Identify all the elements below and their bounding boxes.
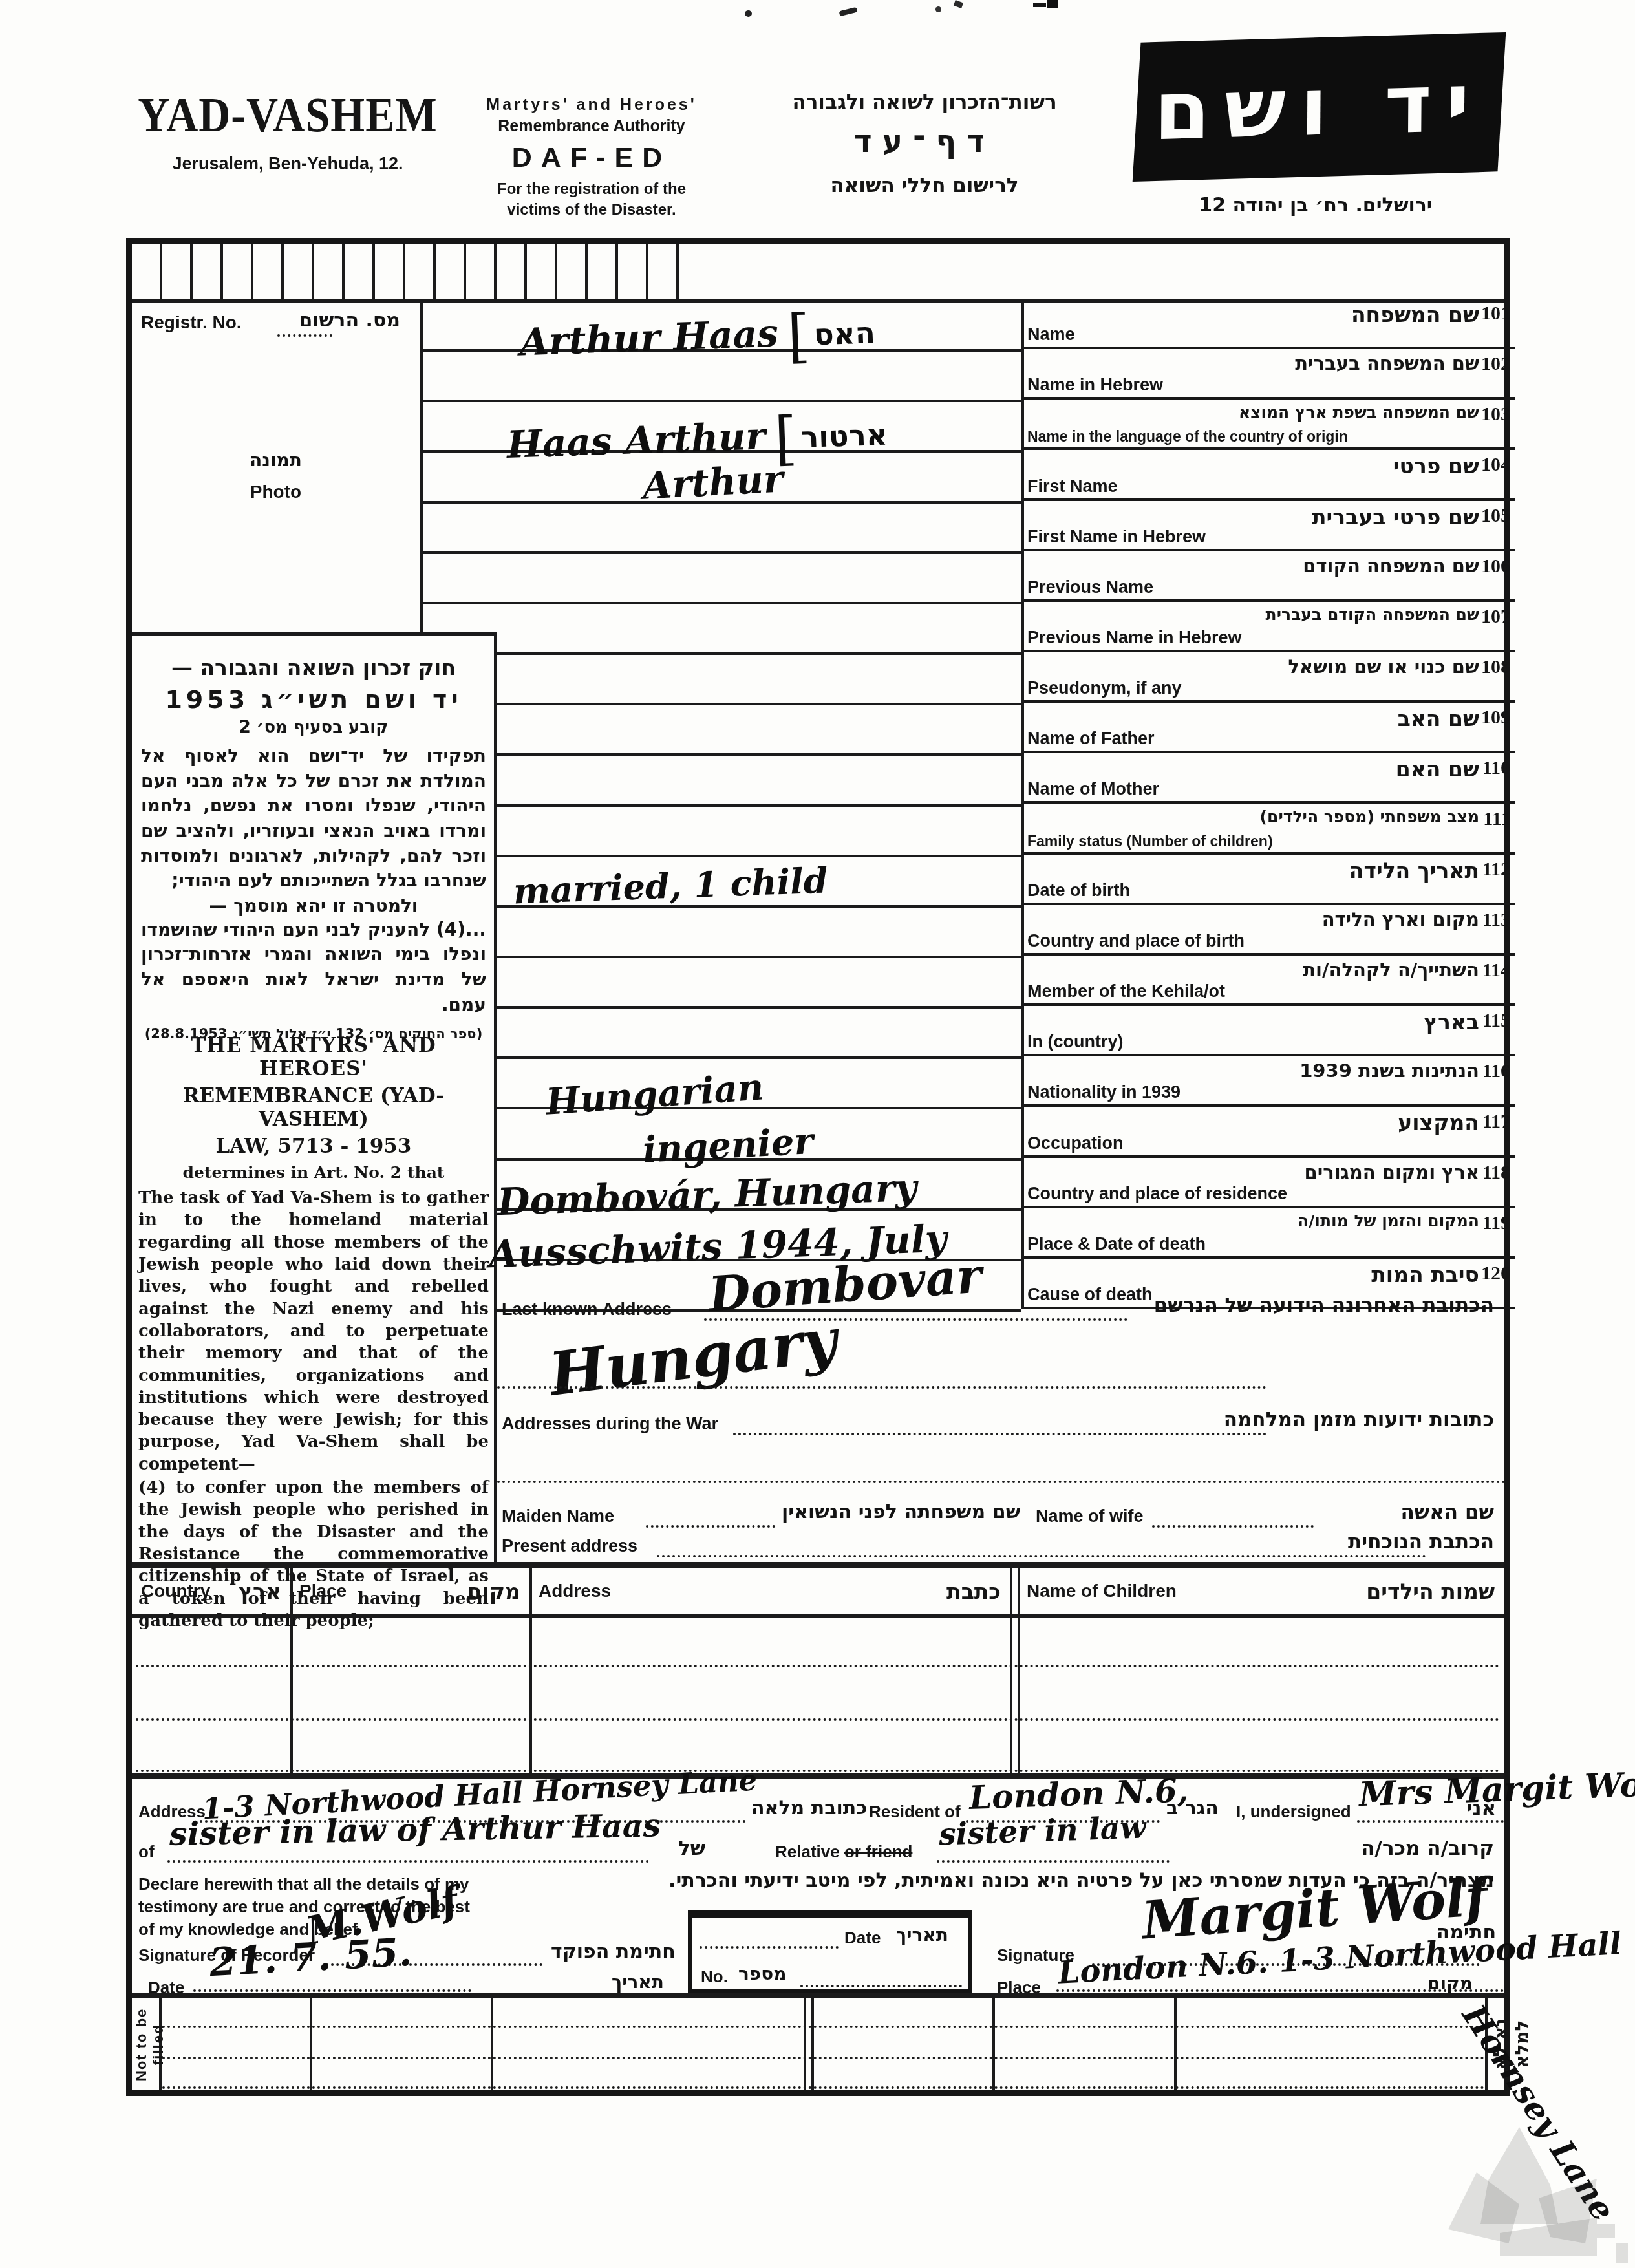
bottom-table-row-line[interactable] [162, 2026, 1485, 2028]
field-label-hebrew: שם המשפחה הקודם בעברית [1266, 605, 1479, 624]
last-known-address-value2: Hungary [546, 1305, 840, 1409]
strip-divider [585, 244, 588, 299]
children-column-header: Name of Childrenשמות הילדים [1018, 1568, 1504, 1614]
present-address-label-hebrew: הכתבת הנוכחית [1348, 1530, 1494, 1554]
wife-name-label: Name of wife [1036, 1506, 1144, 1526]
office-date-label: Date [844, 1928, 881, 1948]
photo-label: Photo [132, 482, 420, 502]
date-label-hebrew: תאריך [612, 1971, 664, 1993]
authority-block: Martyrs' and Heroes' Remembrance Authori… [456, 96, 727, 219]
field-row: 109שם האבName of Father [1021, 703, 1515, 753]
law-he-heading3: קובע בסעיף מס׳ 2 [141, 718, 486, 737]
field-row: 117המקצועOccupation [1021, 1107, 1515, 1157]
strip-divider [342, 244, 345, 299]
handwriting-text: Haas Arthur [506, 414, 766, 467]
present-address-label: Present address [502, 1536, 637, 1556]
field-label-hebrew: שם האב [1398, 706, 1479, 731]
strip-divider [372, 244, 375, 299]
field-number: 104 [1481, 454, 1510, 476]
children-header-english: Name of Children [1027, 1581, 1177, 1601]
strip-divider [676, 244, 679, 299]
registr-no-label: Registr. No. [141, 312, 242, 333]
field-number: 105 [1481, 505, 1510, 527]
date-value: 21. 7. 55. [208, 1930, 412, 1985]
entry-line[interactable] [494, 804, 1021, 807]
field-row: 104שם פרטיFirst Name [1021, 450, 1515, 500]
registration-line1: For the registration of the [456, 180, 727, 198]
field-row: 112תאריך הלידהDate of birth [1021, 855, 1515, 905]
authority-line2: Remembrance Authority [456, 117, 727, 136]
law-he-body3: ...(4) להעניק לבני העם היהודי שהושמדו ונ… [141, 917, 486, 1018]
entry-line[interactable] [494, 753, 1021, 756]
field-label-hebrew: המקצוע [1398, 1110, 1479, 1135]
entry-line[interactable] [494, 905, 1021, 908]
field-number: 120 [1481, 1263, 1510, 1285]
strip-divider [281, 244, 284, 299]
field-label-english: Family status (Number of children) [1027, 833, 1273, 850]
logo-text: יד ושם [1154, 56, 1484, 158]
field-number: 119 [1482, 1212, 1510, 1234]
field-label-english: Country and place of birth [1027, 931, 1245, 951]
handwriting-bracket: [ [777, 302, 815, 370]
photo-box-bottom-border [132, 632, 494, 636]
field-number: 114 [1482, 959, 1510, 981]
maiden-name-label-hebrew: שם משפחתה לפני הנשואין [782, 1501, 1020, 1523]
field-label-hebrew: מצב משפחתי (מספר הילדים) [1260, 808, 1479, 826]
maiden-name-line[interactable] [646, 1525, 775, 1528]
strip-divider [524, 244, 527, 299]
handwriting-text: Hungarian [544, 1066, 765, 1124]
field-row: 113מקום וארץ הלידהCountry and place of b… [1021, 905, 1515, 956]
heb-authority-line: רשות־הזכרון לשואה ולגבורה [753, 91, 1096, 114]
entry-line[interactable] [420, 551, 1021, 554]
place-label-hebrew: מקום [1427, 1973, 1473, 1994]
last-known-address-label: Last known Address [502, 1300, 672, 1320]
field-number: 110 [1482, 757, 1510, 779]
handwriting-text: Arthur Haas [519, 311, 779, 364]
decl-of-label-hebrew: של [678, 1837, 705, 1860]
entry-line[interactable] [494, 652, 1021, 655]
org-address: Jerusalem, Ben-Yehuda, 12. [116, 154, 459, 174]
children-header-hebrew: שמות הילדים [1366, 1579, 1495, 1604]
field-label-hebrew: שם כנוי או שם מושאל [1288, 656, 1479, 678]
field-label-hebrew: מקום וארץ הלידה [1322, 908, 1479, 930]
daf-ed-testimony-page: YAD-VASHEM Jerusalem, Ben-Yehuda, 12. Ma… [0, 0, 1635, 2268]
handwriting-text: ingenier [641, 1120, 814, 1171]
strip-divider [160, 244, 162, 299]
field-row: 119המקום והזמן של מותו/הPlace & Date of … [1021, 1208, 1515, 1259]
strip-divider [464, 244, 466, 299]
field-label-english: First Name [1027, 476, 1118, 497]
bottom-table-divider [804, 1998, 806, 2090]
address-extra-line[interactable] [497, 1386, 1266, 1389]
war-addresses-label-hebrew: כתובות ידועות מזמן המלחמה [1224, 1408, 1494, 1431]
field-label-hebrew: הנתינות בשנת 1939 [1299, 1060, 1479, 1082]
field-number: 111 [1483, 808, 1510, 830]
field-row: 115בארץIn (country) [1021, 1006, 1515, 1056]
field-label-hebrew: תאריך הלידה [1349, 858, 1479, 883]
children-column-divider [1010, 1568, 1012, 1773]
entry-line[interactable] [494, 703, 1021, 705]
handwriting-entry: Dombovár, Hungary [497, 1166, 917, 1225]
field-label-english: Name of Father [1027, 729, 1155, 749]
decl-undersigned-line[interactable] [1357, 1820, 1504, 1823]
field-label-hebrew: שם האם [1396, 756, 1479, 782]
law-he-body1: תפקידו של יד־ושם הוא לאסוף אל המולדת את … [141, 744, 486, 893]
center-right-divider [1021, 299, 1024, 1309]
entry-line[interactable] [494, 855, 1021, 857]
header: YAD-VASHEM Jerusalem, Ben-Yehuda, 12. Ma… [0, 0, 1635, 233]
field-label-hebrew: שם פרטי [1393, 453, 1479, 478]
strip-divider [251, 244, 253, 299]
war-addresses-line[interactable] [733, 1433, 1266, 1435]
bottom-table-divider [491, 1998, 493, 2090]
strip-divider [433, 244, 436, 299]
field-label-hebrew: שם המשפחה [1351, 302, 1479, 327]
registr-no-label-hebrew: מס. הרשום [299, 309, 400, 332]
field-label-english: Country and place of residence [1027, 1184, 1287, 1204]
field-label-hebrew: סיבת המות [1371, 1262, 1479, 1287]
strip-divider [646, 244, 648, 299]
children-header-hebrew: מקום [467, 1579, 520, 1604]
decl-relative-label: Relative or friend [775, 1842, 912, 1862]
field-row: 111מצב משפחתי (מספר הילדים)Family status… [1021, 804, 1515, 855]
field-label-english: Name in the language of the country of o… [1027, 428, 1348, 445]
children-header-english: Country [141, 1581, 210, 1601]
handwriting-text-hebrew: האס [813, 316, 876, 352]
field-label-english: Occupation [1027, 1133, 1124, 1153]
registration-line2: victims of the Disaster. [456, 201, 727, 219]
children-column-header: Countryארץ [132, 1568, 290, 1614]
bottom-table-divider [1174, 1998, 1177, 2090]
field-number: 115 [1482, 1010, 1510, 1032]
left-column-divider [494, 632, 497, 1565]
decl-resident-value: London N.6, [968, 1771, 1189, 1817]
registr-no-line[interactable] [277, 334, 332, 337]
law-text-hebrew: חוק זכרון השואה והגבורה — יד ושם תשי״ג 1… [141, 655, 486, 1042]
children-table-top-border [132, 1562, 1504, 1568]
field-label-english: In (country) [1027, 1032, 1124, 1052]
bottom-table-divider [310, 1998, 312, 2090]
handwriting-text: Dombovár, Hungary [497, 1166, 917, 1225]
handwriting-entry: Arthur [641, 456, 784, 508]
decl-resident-label-hebrew: הגר ב [1166, 1797, 1219, 1819]
bottom-table-top-border [132, 1993, 1504, 1998]
field-label-hebrew: השתייך/ה לקהלה/ות [1303, 959, 1479, 981]
field-number: 118 [1482, 1162, 1510, 1184]
field-row: 101שם המשפחהName [1021, 299, 1515, 349]
entry-line[interactable] [420, 400, 1021, 402]
yad-vashem-logo: יד ושם [1133, 32, 1506, 182]
law-en-heading1: THE MARTYRS' AND HEROES' [138, 1034, 489, 1080]
war-addresses-label: Addresses during the War [502, 1414, 718, 1434]
bottom-table-row-line[interactable] [162, 2086, 1485, 2089]
handwriting-text: married, 1 child [513, 860, 828, 912]
field-label-english: Member of the Kehila/ot [1027, 981, 1225, 1001]
decl-undersigned-label: I, undersigned [1236, 1802, 1351, 1822]
logo-address: ירושלים. רח׳ בן יהודה 12 [1125, 194, 1506, 217]
heb-registration-line: לרישום חללי השואה [753, 174, 1096, 197]
field-number: 103 [1481, 403, 1510, 425]
field-number: 106 [1481, 555, 1510, 577]
handwriting-entry: married, 1 child [513, 860, 828, 912]
field-label-english: Previous Name [1027, 577, 1153, 597]
office-use-box: Date תאריך No. מספר [688, 1910, 972, 1993]
strip-divider [312, 244, 314, 299]
daf-ed-title: DAF-ED [456, 142, 727, 174]
field-number: 112 [1482, 859, 1510, 881]
maiden-name-label: Maiden Name [502, 1506, 614, 1526]
children-row-line[interactable] [136, 1665, 1500, 1667]
date-line[interactable] [193, 1989, 471, 1992]
decl-relative-word: Relative [775, 1842, 840, 1861]
decl-of-line[interactable] [167, 1860, 649, 1863]
strip-divider [403, 244, 405, 299]
wife-name-label-hebrew: שם האשה [1400, 1501, 1494, 1524]
bottom-table-divider [992, 1998, 995, 2090]
field-label-hebrew: שם המשפחה הקודם [1303, 555, 1479, 577]
children-row-line[interactable] [136, 1770, 1500, 1772]
entry-line[interactable] [494, 1056, 1021, 1059]
law-en-heading2: REMEMBRANCE (YAD-VASHEM) [138, 1084, 489, 1131]
strip-divider [555, 244, 557, 299]
children-table-bottom-border [132, 1773, 1504, 1779]
field-number: 107 [1481, 606, 1510, 628]
field-label-english: Name in Hebrew [1027, 375, 1163, 395]
law-en-sub: determines in Art. No. 2 that [138, 1163, 489, 1182]
field-number: 102 [1481, 353, 1510, 375]
law-en-body1: The task of Yad Va-Shem is to gather in … [138, 1187, 489, 1475]
field-row: 114השתייך/ה לקהלה/ותMember of the Kehila… [1021, 956, 1515, 1006]
photo-label-hebrew: תמונה [132, 449, 420, 471]
field-row: 106שם המשפחה הקודםPrevious Name [1021, 551, 1515, 602]
field-number: 117 [1482, 1111, 1510, 1133]
not-to-be-filled-label: Not to be filled [133, 1998, 159, 2090]
field-row: 103שם המשפחה בשפת ארץ המוצאName in the l… [1021, 400, 1515, 450]
field-row: 110שם האםName of Mother [1021, 753, 1515, 804]
office-no-label: No. [701, 1967, 728, 1987]
law-he-body2: ולמטרה זו יהא מוסמך — [141, 895, 486, 916]
form-body: Registr. No. מס. הרשום תמונה Photo חוק ז… [126, 238, 1510, 2096]
children-column-divider [290, 1568, 293, 1773]
children-column-divider [1018, 1568, 1020, 1773]
entry-line[interactable] [494, 1006, 1021, 1009]
strip-divider [220, 244, 223, 299]
recorder-signature-label-hebrew: חתימת הפוקד [551, 1940, 676, 1963]
field-number: 101 [1481, 303, 1510, 325]
war-addresses-line2[interactable] [497, 1481, 1506, 1483]
children-column-header: Placeמקום [290, 1568, 529, 1614]
law-en-heading3: LAW, 5713 - 1953 [138, 1135, 489, 1158]
field-label-english: Name of Mother [1027, 779, 1159, 799]
decl-relative-value: sister in law [938, 1810, 1146, 1852]
field-number: 113 [1482, 909, 1510, 931]
children-column-header: Addressכתבת [529, 1568, 1010, 1614]
field-number: 116 [1482, 1060, 1510, 1082]
strip-divider [494, 244, 497, 299]
field-label-hebrew: המקום והזמן של מותו/ה [1298, 1212, 1479, 1230]
handwriting-entry: Hungarian [544, 1066, 765, 1124]
decl-address-label-hebrew: כתובת מלאה [751, 1797, 867, 1819]
field-label-english: Previous Name in Hebrew [1027, 628, 1242, 648]
children-header-english: Address [539, 1581, 611, 1601]
children-header-hebrew: כתבת [946, 1579, 1001, 1604]
law-he-heading1: חוק זכרון השואה והגבורה — [141, 655, 486, 680]
children-header-english: Place [299, 1581, 347, 1601]
field-label-english: Date of birth [1027, 881, 1130, 901]
field-label-hebrew: בארץ [1424, 1009, 1479, 1034]
strip-divider [190, 244, 193, 299]
field-label-hebrew: שם המשפחה בשפת ארץ המוצא [1239, 403, 1479, 422]
decl-of-value: sister in law of Arthur Haas [169, 1806, 661, 1852]
present-address-line[interactable] [657, 1555, 1426, 1557]
children-header-hebrew: ארץ [239, 1579, 281, 1604]
org-title: YAD-VASHEM [116, 86, 459, 143]
children-header-bottom [132, 1614, 1504, 1618]
field-label-hebrew: ארץ ומקום המגורים [1305, 1161, 1479, 1183]
heb-daf-ed: דף־עד [753, 124, 1096, 160]
law-he-heading2: יד ושם תשי״ג 1953 [141, 685, 486, 714]
field-row: 105שם פרטי בעבריתFirst Name in Hebrew [1021, 501, 1515, 551]
field-label-english: Place & Date of death [1027, 1234, 1206, 1254]
entry-line[interactable] [420, 602, 1021, 604]
handwriting-text: Arthur [641, 456, 784, 508]
office-no-line[interactable] [800, 1985, 962, 1987]
decl-relative-struck: or friend [844, 1842, 912, 1861]
entry-line[interactable] [494, 956, 1021, 958]
strip-divider [615, 244, 618, 299]
handwriting-entry: Arthur Haas[האס [518, 300, 876, 380]
field-label-english: Cause of death [1027, 1285, 1153, 1305]
field-row: 118ארץ ומקום המגוריםCountry and place of… [1021, 1158, 1515, 1208]
field-label-english: Nationality in 1939 [1027, 1082, 1181, 1102]
law-text-english: THE MARTYRS' AND HEROES' REMEMBRANCE (YA… [138, 1034, 489, 1632]
bottom-table-divider [811, 1998, 814, 2090]
decl-of-label: of [138, 1842, 155, 1862]
decl-relative-label-hebrew: קרוב/ה מכר/ה [1361, 1837, 1494, 1860]
office-date-label-hebrew: תאריך [896, 1924, 948, 1945]
field-label-english: First Name in Hebrew [1027, 527, 1206, 547]
authority-block-hebrew: רשות־הזכרון לשואה ולגבורה דף־עד לרישום ח… [753, 91, 1096, 197]
field-number: 109 [1481, 707, 1510, 729]
decl-undersigned-label-hebrew: אני [1466, 1797, 1496, 1820]
handwriting-text-hebrew: ארטור [800, 417, 888, 455]
last-known-address-label-hebrew: הכתובת האחרונה הידועה של הנרשם [1154, 1294, 1494, 1317]
handwriting-entry: ingenier [641, 1120, 814, 1171]
field-label-english: Pseudonym, if any [1027, 678, 1182, 698]
field-row: 108שם כנוי או שם מושאלPseudonym, if any [1021, 652, 1515, 703]
field-row: 107שם המשפחה הקודם בעבריתPrevious Name i… [1021, 602, 1515, 652]
field-label-english: Name [1027, 325, 1075, 345]
bottom-table-row-line[interactable] [162, 2057, 1485, 2059]
children-row-line[interactable] [136, 1718, 1500, 1721]
decl-relative-line[interactable] [937, 1860, 1170, 1863]
field-row: 116הנתינות בשנת 1939Nationality in 1939 [1021, 1056, 1515, 1107]
wife-name-line[interactable] [1152, 1525, 1314, 1528]
field-label-hebrew: שם המשפחה בעברית [1295, 352, 1479, 374]
field-number: 108 [1481, 656, 1510, 678]
field-label-hebrew: שם פרטי בעברית [1312, 504, 1479, 530]
authority-line1: Martyrs' and Heroes' [456, 96, 727, 114]
office-no-label-hebrew: מספר [738, 1963, 787, 1984]
children-column-divider [529, 1568, 532, 1773]
field-row: 102שם המשפחה בעבריתName in Hebrew [1021, 349, 1515, 400]
office-date-line[interactable] [700, 1946, 839, 1949]
